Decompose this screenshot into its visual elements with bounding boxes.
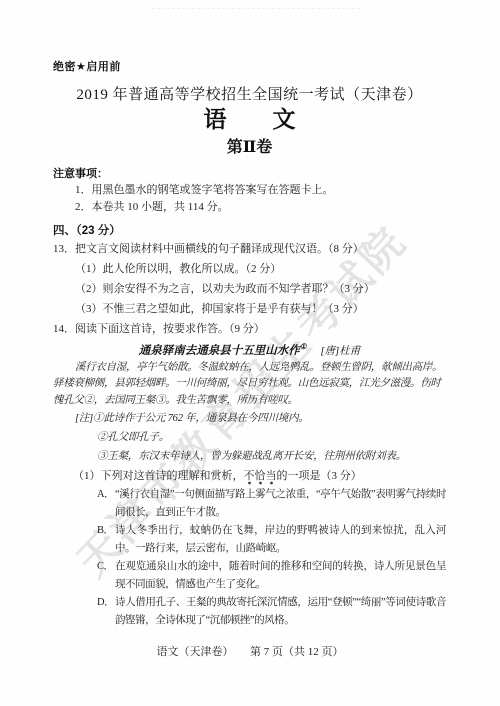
option-d: D． 诗人借用孔子、王粲的典故寄托深沉情感，运用“登顿”“绮丽”等词使诗歌音韵铿…: [97, 594, 446, 629]
sub1-stem-prefix: （1）下列对这首诗的理解和赏析，: [73, 470, 244, 482]
option-b: B． 诗人冬季出行，蚊蚋仍在飞舞，岸边的野鸭被诗人的到来惊扰，乱入河中。一路行来…: [97, 522, 446, 557]
poem-author: [唐]杜甫: [321, 346, 361, 357]
poem-title: 通泉驿南去通泉县十五里山水作①[唐]杜甫: [53, 339, 446, 360]
option-c-label: C．: [97, 558, 115, 593]
sub1-stem-emphasis: 不恰当: [244, 470, 277, 485]
volume-title: 第Ⅱ卷: [53, 137, 446, 158]
option-b-text: 诗人冬季出行，蚊蚋仍在飞舞，岸边的野鸭被诗人的到来惊扰，乱入河中。一路行来，层云…: [115, 522, 446, 557]
page-content: 绝密★启用前 2019 年普通高等学校招生全国统一考试（天津卷） 语 文 第Ⅱ卷…: [53, 0, 446, 629]
option-b-label: B．: [97, 522, 115, 557]
question-13-item-3: （3）不惟三君之望如此，抑国家将于是乎有获与！（3 分）: [75, 299, 446, 319]
option-a: A． “溪行衣自湿”一句侧面描写路上雾气之浓重，“亭午气始散”表明雾气持续时间很…: [97, 486, 446, 521]
poem-title-note-mark: ①: [300, 342, 307, 351]
question-13-stem: 13．把文言文阅读材料中画横线的句子翻译成现代汉语。（8 分）: [53, 239, 446, 259]
poem-note-1: [注]①此诗作于公元 762 年，通泉县在今四川境内。: [75, 409, 446, 428]
option-c-text: 在观览通泉山水的途中，随着时间的推移和空间的转换，诗人所见景色呈现不同面貌，情感…: [115, 558, 446, 593]
option-a-text: “溪行衣自湿”一句侧面描写路上雾气之浓重，“亭午气始散”表明雾气持续时间很长，直…: [115, 486, 446, 521]
notice-item-2: 2．本卷共 10 小题，共 114 分。: [75, 199, 446, 216]
option-d-text: 诗人借用孔子、王粲的典故寄托深沉情感，运用“登顿”“绮丽”等词使诗歌音韵铿锵，全…: [115, 594, 446, 629]
section-heading: 四、（23 分）: [53, 223, 446, 239]
poem-line-2: 驿楼衰柳侧，县郭轻烟畔。一川何绮丽，尽日穷壮观。山色远寂寞，江光夕滋漫。伤时: [53, 376, 446, 393]
subject-title: 语 文: [53, 106, 446, 134]
question-14-sub1-stem: （1）下列对这首诗的理解和赏析，不恰当的一项是（3 分）: [73, 468, 446, 485]
poem-note-2: ②孔父即孔子。: [97, 428, 446, 447]
notice-item-1: 1．用黑色墨水的钢笔或签字笔将答案写在答题卡上。: [75, 182, 446, 199]
poem-line-3: 愧孔父②，去国同王粲③。我生苦飘零，所历有嗟叹。: [53, 393, 446, 410]
option-c: C． 在观览通泉山水的途中，随着时间的推移和空间的转换，诗人所见景色呈现不同面貌…: [97, 558, 446, 593]
question-13-item-2: （2）则余安得不为之言，以劝夫为政而不知学者耶？（3 分）: [75, 279, 446, 299]
option-d-label: D．: [97, 594, 115, 629]
question-13-item-1: （1）此人伦所以明，教化所以成。（2 分）: [75, 259, 446, 279]
option-a-label: A．: [97, 486, 115, 521]
notice-heading: 注意事项：: [53, 167, 446, 182]
exam-paper-page: 天津市教育招生考试院 绝密★启用前 2019 年普通高等学校招生全国统一考试（天…: [0, 0, 500, 706]
classification-label: 绝密★启用前: [53, 58, 446, 74]
page-footer: 语文（天津卷） 第 7 页（共 12 页）: [0, 643, 500, 659]
sub1-stem-suffix: 的一项是（3 分）: [277, 470, 362, 482]
question-14-stem: 14．阅读下面这首诗，按要求作答。（9 分）: [53, 319, 446, 339]
exam-title: 2019 年普通高等学校招生全国统一考试（天津卷）: [53, 83, 446, 104]
poem-note-3: ③王粲，东汉末年诗人，曾为躲避战乱离开长安，往荆州依附刘表。: [97, 447, 446, 466]
poem-title-text: 通泉驿南去通泉县十五里山水作: [139, 345, 300, 357]
poem-line-1: 溪行衣自湿，亭午气始散。冬温蚊蚋在，人远凫鸭乱。登顿生曾阴，欹倾出高岸。: [53, 360, 446, 377]
